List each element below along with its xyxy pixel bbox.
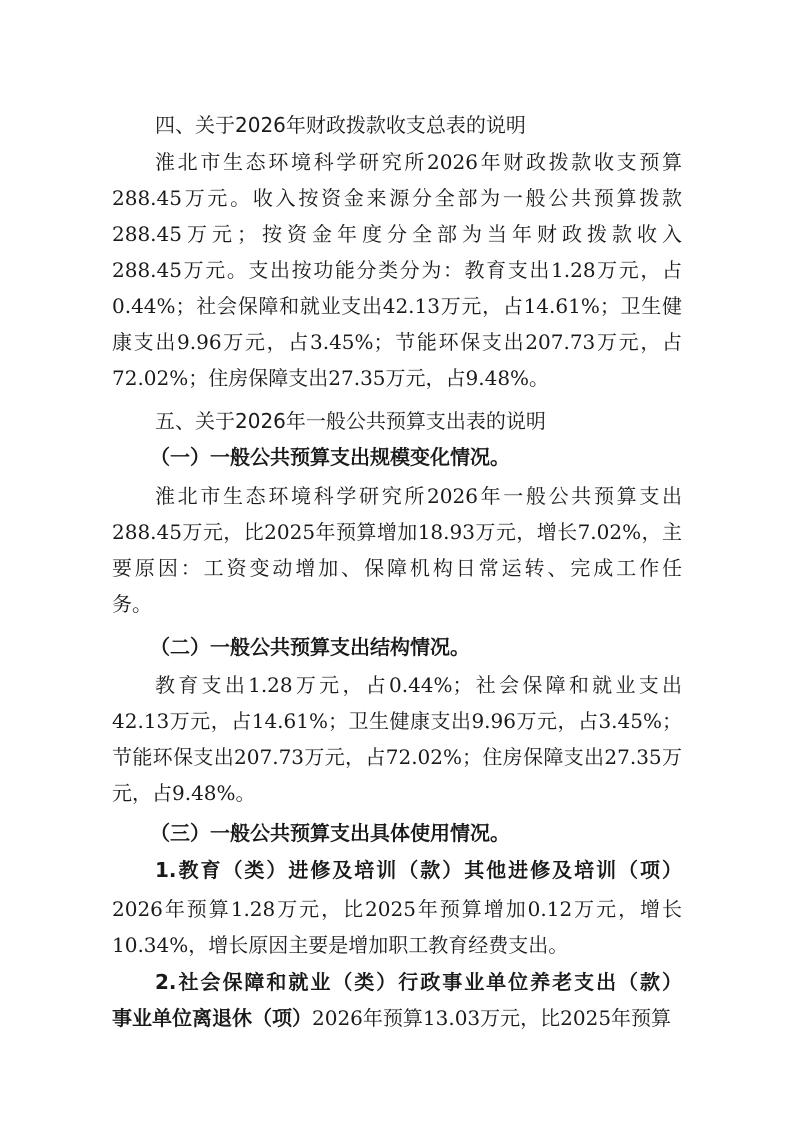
paragraph-line: 72.02%；住房保障支出27.35万元，占9.48%。 xyxy=(112,366,682,390)
item1-title: 1.教育（类）进修及培训（款）其他进修及培训（项） xyxy=(155,858,682,882)
paragraph-line: 淮北市生态环境科学研究所2026年财政拨款收支预算 xyxy=(155,150,682,174)
paragraph-line: 要原因：工资变动增加、保障机构日常运转、完成工作任 xyxy=(112,556,682,580)
paragraph-line: 元，占9.48%。 xyxy=(112,781,682,805)
paragraph-line: 教育支出1.28万元，占0.44%；社会保障和就业支出 xyxy=(155,673,682,697)
paragraph-line: 42.13万元，占14.61%；卫生健康支出9.96万元，占3.45%； xyxy=(112,709,682,733)
sub3-heading: （三）一般公共预算支出具体使用情况。 xyxy=(150,821,720,845)
sub1-heading: （一）一般公共预算支出规模变化情况。 xyxy=(150,445,720,469)
paragraph-line: 288.45万元。支出按功能分类分为：教育支出1.28万元，占 xyxy=(112,258,682,282)
section5-heading: 五、关于2026年一般公共预算支出表的说明 xyxy=(155,409,725,433)
document-page: 四、关于2026年财政拨款收支总表的说明 淮北市生态环境科学研究所2026年财政… xyxy=(0,0,793,1122)
sub2-heading: （二）一般公共预算支出结构情况。 xyxy=(150,635,720,659)
paragraph-line: 务。 xyxy=(112,592,682,616)
paragraph-line: 康支出9.96万元，占3.45%；节能环保支出207.73万元，占 xyxy=(112,330,682,354)
item2-text-cont: 2026年预算13.03万元，比2025年预算 xyxy=(312,1006,671,1030)
item2-title-cont: 事业单位离退休（项） xyxy=(112,1006,312,1030)
paragraph-line: 节能环保支出207.73万元，占72.02%；住房保障支出27.35万 xyxy=(112,745,682,769)
paragraph-line: 288.45万元，比2025年预算增加18.93万元，增长7.02%，主 xyxy=(112,520,682,544)
paragraph-line: 288.45万元；按资金年度分全部为当年财政拨款收入 xyxy=(112,222,682,246)
paragraph-line: 0.44%；社会保障和就业支出42.13万元，占14.61%；卫生健 xyxy=(112,294,682,318)
paragraph-line: 288.45万元。收入按资金来源分全部为一般公共预算拨款 xyxy=(112,186,682,210)
item2-title: 2.社会保障和就业（类）行政事业单位养老支出（款） xyxy=(155,970,682,994)
paragraph-line: 2026年预算1.28万元，比2025年预算增加0.12万元，增长 xyxy=(112,897,682,921)
paragraph-line: 淮北市生态环境科学研究所2026年一般公共预算支出 xyxy=(155,484,682,508)
item2-continuation: 事业单位离退休（项）2026年预算13.03万元，比2025年预算 xyxy=(112,1006,682,1030)
section4-heading: 四、关于2026年财政拨款收支总表的说明 xyxy=(155,113,725,137)
paragraph-line: 10.34%，增长原因主要是增加职工教育经费支出。 xyxy=(112,933,682,957)
